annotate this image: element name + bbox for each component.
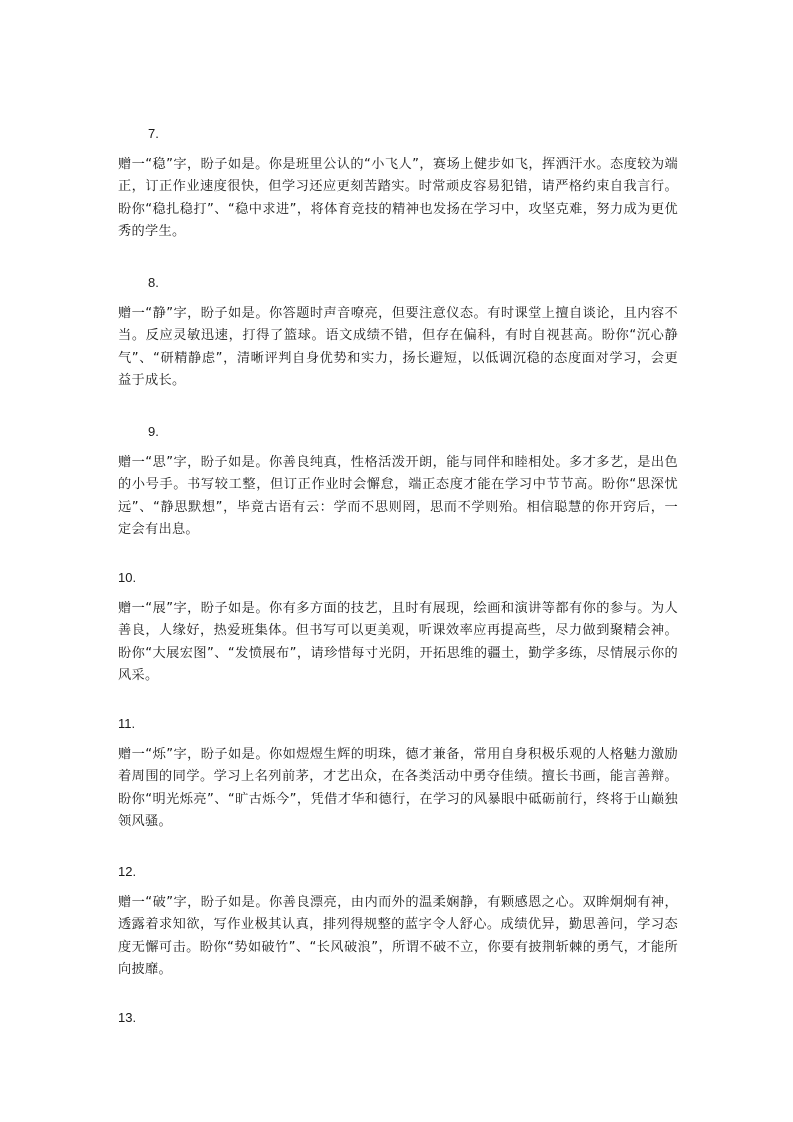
entry-text: 赠一“静”字，盼子如是。你答题时声音嘹亮，但要注意仪态。有时课堂上擅自谈论，且内… (118, 303, 678, 393)
entry-number: 11. (118, 716, 678, 732)
entry-11: 11. 赠一“烁”字，盼子如是。你如煜煜生辉的明珠，德才兼备，常用自身积极乐观的… (118, 716, 678, 834)
entry-number: 13. (118, 1010, 678, 1026)
entry-number: 7. (118, 126, 678, 142)
entry-8: 8. 赠一“静”字，盼子如是。你答题时声音嘹亮，但要注意仪态。有时课堂上擅自谈论… (118, 275, 678, 393)
document-page: 7. 赠一“稳”字，盼子如是。你是班里公认的“小飞人”，赛场上健步如飞，挥洒汗水… (0, 0, 793, 1122)
entry-number: 8. (118, 275, 678, 291)
entry-number: 9. (118, 424, 678, 440)
entry-text: 赠一“稳”字，盼子如是。你是班里公认的“小飞人”，赛场上健步如飞，挥洒汗水。态度… (118, 154, 678, 244)
entry-text: 赠一“思”字，盼子如是。你善良纯真，性格活泼开朗，能与同伴和睦相处。多才多艺，是… (118, 452, 678, 542)
entry-text: 赠一“烁”字，盼子如是。你如煜煜生辉的明珠，德才兼备，常用自身积极乐观的人格魅力… (118, 744, 678, 834)
entry-text: 赠一“破”字，盼子如是。你善良漂亮，由内而外的温柔娴静，有颗感恩之心。双眸炯炯有… (118, 892, 678, 982)
entry-12: 12. 赠一“破”字，盼子如是。你善良漂亮，由内而外的温柔娴静，有颗感恩之心。双… (118, 864, 678, 982)
entry-10: 10. 赠一“展”字，盼子如是。你有多方面的技艺，且时有展现，绘画和演讲等都有你… (118, 570, 678, 688)
entry-number: 10. (118, 570, 678, 586)
entry-9: 9. 赠一“思”字，盼子如是。你善良纯真，性格活泼开朗，能与同伴和睦相处。多才多… (118, 424, 678, 542)
entry-7: 7. 赠一“稳”字，盼子如是。你是班里公认的“小飞人”，赛场上健步如飞，挥洒汗水… (118, 126, 678, 244)
entry-13: 13. (118, 1010, 678, 1026)
entry-text: 赠一“展”字，盼子如是。你有多方面的技艺，且时有展现，绘画和演讲等都有你的参与。… (118, 598, 678, 688)
entry-number: 12. (118, 864, 678, 880)
